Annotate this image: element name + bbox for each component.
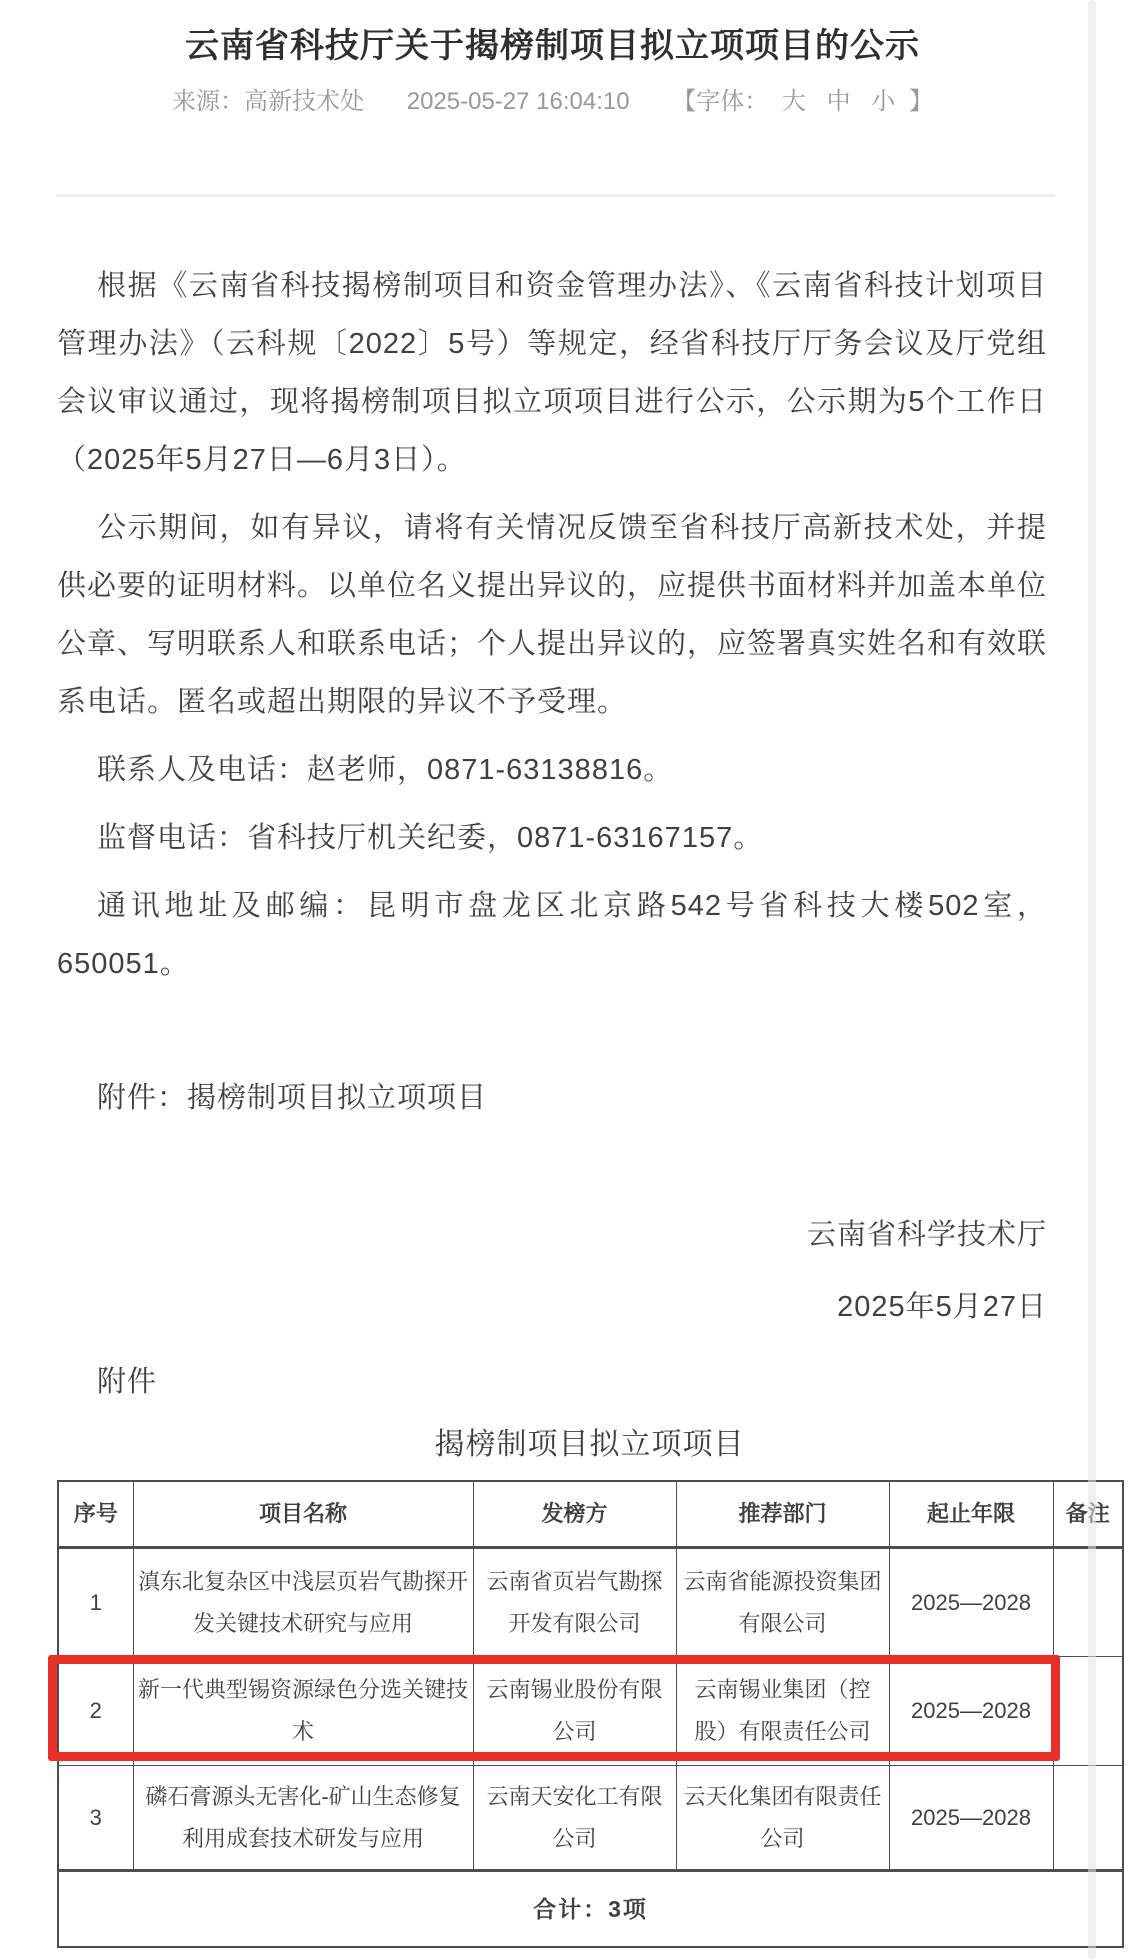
- table-row-highlighted: 2 新一代典型锡资源绿色分选关键技术 云南锡业股份有限公司 云南锡业集团（控股）…: [58, 1657, 1123, 1766]
- cell-publisher: 云南锡业股份有限公司: [473, 1657, 676, 1766]
- cell-publisher: 云南省页岩气勘探开发有限公司: [473, 1548, 676, 1657]
- attachment-table-section: 揭榜制项目拟立项项目 序号 项目名称 发榜方 推荐部门 起止年限 备注: [57, 1413, 1122, 1948]
- font-size-control: 【字体： 大 中 小 】: [672, 88, 933, 115]
- cell-publisher: 云南天安化工有限公司: [473, 1766, 676, 1871]
- paragraph-basis: 根据《云南省科技揭榜制项目和资金管理办法》、《云南省科技计划项目管理办法》（云科…: [57, 257, 1047, 489]
- cell-recommender: 云天化集团有限责任公司: [676, 1766, 889, 1871]
- cell-project-name: 滇东北复杂区中浅层页岩气勘探开发关键技术研究与应用: [133, 1548, 473, 1657]
- col-header-no: 序号: [58, 1481, 133, 1548]
- paragraph-supervision: 监督电话：省科技厅机关纪委，0871-63167157。: [57, 809, 1047, 867]
- signature-date: 2025年5月27日: [57, 1278, 1047, 1336]
- cell-recommender: 云南锡业集团（控股）有限责任公司: [676, 1657, 889, 1766]
- table-title: 揭榜制项目拟立项项目: [57, 1413, 1122, 1477]
- table-row: 1 滇东北复杂区中浅层页岩气勘探开发关键技术研究与应用 云南省页岩气勘探开发有限…: [58, 1548, 1123, 1657]
- cell-no: 2: [58, 1657, 133, 1766]
- table-header-row: 序号 项目名称 发榜方 推荐部门 起止年限 备注: [58, 1481, 1123, 1548]
- paragraph-contact: 联系人及电话：赵老师，0871-63138816。: [57, 741, 1047, 799]
- table-total-row: 合计：3项: [58, 1871, 1123, 1948]
- page-title: 云南省科技厅关于揭榜制项目拟立项项目的公示: [0, 24, 1105, 68]
- font-label-open: 【字体：: [672, 88, 768, 115]
- col-header-name: 项目名称: [133, 1481, 473, 1548]
- signature-org: 云南省科学技术厅: [57, 1206, 1047, 1264]
- total-cell: 合计：3项: [58, 1871, 1123, 1948]
- attachment-label: 附件: [57, 1353, 1047, 1411]
- projects-table: 序号 项目名称 发榜方 推荐部门 起止年限 备注 1 滇东北复杂区中浅层页岩气勘…: [57, 1480, 1124, 1948]
- cell-recommender: 云南省能源投资集团有限公司: [676, 1548, 889, 1657]
- col-header-publisher: 发榜方: [473, 1481, 676, 1548]
- cell-project-name: 磷石膏源头无害化-矿山生态修复利用成套技术研发与应用: [133, 1766, 473, 1871]
- cell-years: 2025—2028: [889, 1548, 1053, 1657]
- notice-page: 云南省科技厅关于揭榜制项目拟立项项目的公示 来源：高新技术处 2025-05-2…: [0, 0, 1129, 1959]
- meta-bar: 来源：高新技术处 2025-05-27 16:04:10 【字体： 大 中 小 …: [0, 86, 1105, 118]
- notice-body: 根据《云南省科技揭榜制项目和资金管理办法》、《云南省科技计划项目管理办法》（云科…: [57, 257, 1047, 1411]
- table-row: 3 磷石膏源头无害化-矿山生态修复利用成套技术研发与应用 云南天安化工有限公司 …: [58, 1766, 1123, 1871]
- cell-project-name: 新一代典型锡资源绿色分选关键技术: [133, 1657, 473, 1766]
- cell-no: 1: [58, 1548, 133, 1657]
- cell-years: 2025—2028: [889, 1766, 1053, 1871]
- col-header-recommender: 推荐部门: [676, 1481, 889, 1548]
- paragraph-address: 通讯地址及邮编：昆明市盘龙区北京路542号省科技大楼502室，650051。: [57, 877, 1047, 993]
- scrollbar-thumb[interactable]: [1088, 0, 1096, 1959]
- font-size-small-button[interactable]: 小: [871, 88, 895, 115]
- meta-source: 来源：高新技术处: [172, 88, 364, 115]
- font-size-medium-button[interactable]: 中: [827, 88, 851, 115]
- attachment-note: 附件：揭榜制项目拟立项项目: [57, 1069, 1047, 1127]
- paragraph-objection: 公示期间，如有异议，请将有关情况反馈至省科技厅高新技术处，并提供必要的证明材料。…: [57, 499, 1047, 731]
- cell-no: 3: [58, 1766, 133, 1871]
- cell-years: 2025—2028: [889, 1657, 1053, 1766]
- font-size-large-button[interactable]: 大: [782, 88, 806, 115]
- meta-datetime: 2025-05-27 16:04:10: [407, 88, 630, 115]
- font-label-close: 】: [909, 88, 933, 115]
- divider: [56, 194, 1055, 197]
- col-header-years: 起止年限: [889, 1481, 1053, 1548]
